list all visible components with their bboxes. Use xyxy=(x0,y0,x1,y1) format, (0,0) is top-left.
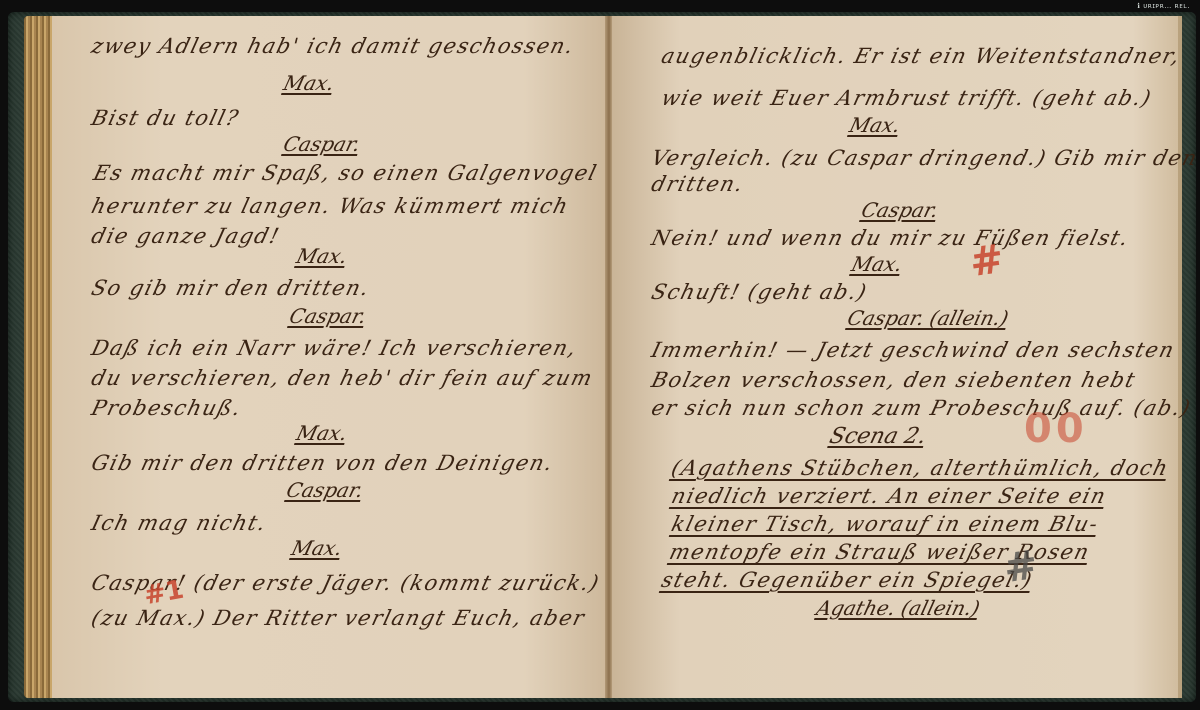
manuscript-line: Probeschuß. xyxy=(89,396,244,420)
manuscript-line: Ich mag nicht. xyxy=(89,511,269,535)
speaker-heading: Agathe. (allein.) xyxy=(814,596,982,620)
manuscript-line: du verschieren, den heb' dir fein auf zu… xyxy=(89,366,596,390)
manuscript-line: er sich nun schon zum Probeschuß auf. (a… xyxy=(649,396,1194,420)
speaker-heading: Caspar. xyxy=(284,478,366,502)
speaker-heading: Max. xyxy=(281,71,337,95)
stage-direction: kleiner Tisch, worauf in einem Blu- xyxy=(669,512,1101,536)
stage-direction: (Agathens Stübchen, alterthümlich, doch xyxy=(669,456,1172,480)
speaker-heading: Max. xyxy=(847,113,903,137)
graphite-pencil-mark: # xyxy=(1001,542,1041,592)
red-pencil-mark: # xyxy=(967,236,1007,286)
manuscript-line: herunter zu langen. Was kümmert mich xyxy=(89,194,572,218)
manuscript-line: die ganze Jagd! xyxy=(89,224,283,248)
right-page: augenblicklich. Er ist ein Weitentstandn… xyxy=(612,16,1182,698)
watermark: ℹ ᴜʀɪᴘʀ… ʀᴇʟ. xyxy=(1137,2,1190,10)
manuscript-line: Schuft! (geht ab.) xyxy=(649,280,870,304)
manuscript-line: Vergleich. (zu Caspar dringend.) Gib mir… xyxy=(649,146,1200,170)
speaker-heading: Caspar. xyxy=(859,198,941,222)
manuscript-line: Es macht mir Spaß, so einen Galgenvogel xyxy=(91,161,600,185)
scene-heading: Scena 2. xyxy=(827,424,929,449)
manuscript-line: dritten. xyxy=(649,172,747,196)
speaker-heading: Max. xyxy=(294,244,350,268)
left-page: zwey Adlern hab' ich damit geschossen. M… xyxy=(52,16,607,698)
manuscript-line: Daß ich ein Narr wäre! Ich verschieren, xyxy=(89,336,580,360)
speaker-heading: Caspar. xyxy=(281,132,363,156)
manuscript-line: zwey Adlern hab' ich damit geschossen. xyxy=(89,34,577,58)
manuscript-line: Gib mir den dritten von den Deinigen. xyxy=(89,451,556,475)
manuscript-line: Nein! und wenn du mir zu Füßen fielst. xyxy=(649,226,1132,250)
speaker-heading: Max. xyxy=(294,421,350,445)
manuscript-line: Immerhin! — Jetzt geschwind den sechsten xyxy=(649,338,1178,362)
manuscript-line: wie weit Euer Armbrust trifft. (geht ab.… xyxy=(659,86,1155,110)
manuscript-line: augenblicklich. Er ist ein Weitentstandn… xyxy=(659,44,1183,68)
speaker-heading: Max. xyxy=(289,536,345,560)
speaker-heading: Caspar. xyxy=(287,304,369,328)
manuscript-line: (zu Max.) Der Ritter verlangt Euch, aber xyxy=(89,606,588,630)
speaker-heading: Max. xyxy=(849,252,905,276)
speaker-heading: Caspar. (allein.) xyxy=(845,306,1011,330)
page-edges xyxy=(24,16,54,698)
red-pencil-mark: 00 xyxy=(1024,406,1088,452)
stage-direction: steht. Gegenüber ein Spiegel.) xyxy=(659,568,1035,592)
manuscript-line: Bolzen verschossen, den siebenten hebt xyxy=(649,368,1139,392)
stage-direction: niedlich verziert. An einer Seite ein xyxy=(669,484,1109,508)
manuscript-line: So gib mir den dritten. xyxy=(89,276,373,300)
manuscript-line: Bist du toll? xyxy=(89,106,242,130)
